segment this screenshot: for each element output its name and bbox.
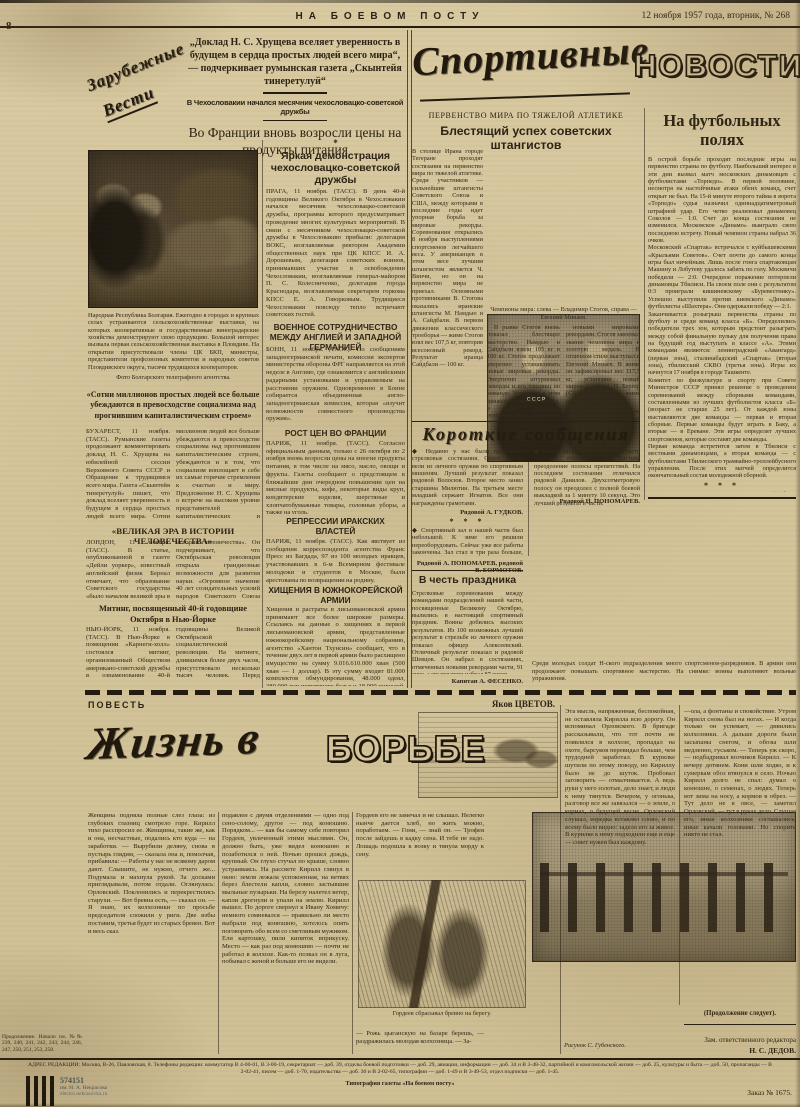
- novel-divider-4: [679, 705, 680, 1005]
- shorts-item-shooting: ◆ Недавно у нас были проведены стрелковы…: [412, 448, 523, 507]
- novel-divider-3: [560, 705, 561, 1054]
- football-p1: В острой борьбе проходят последние игры …: [648, 156, 796, 244]
- footer-address: АДРЕС РЕДАКЦИИ: Москва, В-26, Павловская…: [28, 1062, 772, 1077]
- badge-line-1: Зарубежные: [84, 40, 184, 96]
- football-p5: Первая команда встретится затем в Тбилис…: [648, 443, 796, 480]
- to-be-continued: (Продолжение следует).: [684, 1010, 796, 1017]
- editor-name: Н. С. ДЕДОВ.: [640, 1046, 796, 1055]
- football-p3: Заканчивается розыгрыш первенства страны…: [648, 311, 796, 377]
- photo-bulgaria-caption: Народная Республика Болгария. Ежегодно в…: [88, 312, 259, 372]
- article-socialism-heading: «Сотни миллионов простых людей все больш…: [86, 390, 260, 421]
- newspaper-page: 8 НА БОЕВОМ ПОСТУ 12 ноября 1957 года, в…: [0, 0, 800, 1107]
- shorts-byline-ponomarev: Рядовой Н. ПОНОМАРЕВ.: [534, 498, 640, 505]
- headline-czechoslovakia: В Чехословакии начался месячник чехослов…: [186, 98, 404, 116]
- article-czech-friendship-heading: Яркая демонстрация чехословацко-советско…: [266, 150, 405, 186]
- article-czech-friendship-body: ПРАГА, 11 ноября. (ТАСС). В день 40-й го…: [266, 188, 405, 320]
- star-ornament: *: [266, 138, 405, 148]
- editor-rule: [684, 1024, 796, 1025]
- masthead-date: 12 ноября 1957 года, вторник, № 268: [490, 11, 790, 21]
- foreign-news-badge: Зарубежные Вести: [84, 40, 184, 140]
- stamp-website: electro.nekrasovka.ru: [60, 1091, 180, 1097]
- library-stamp-bars: [26, 1076, 56, 1106]
- novel-col-1: Женщина подняла полные слез глаза: из гл…: [88, 812, 215, 1034]
- article-ny-meeting-body: НЬЮ-ЙОРК, 11 ноября. (ТАСС). В Нью-Йорке…: [86, 626, 260, 686]
- weightlifting-col-3-p1: новыми мировыми рекордами. Стогов завоев…: [566, 324, 640, 405]
- football-column: В острой борьбе проходят последние игры …: [648, 156, 796, 492]
- sports-title-script: Спортивные: [411, 26, 653, 85]
- weightlifting-col-2-p1: В рывке Стогов вновь показал блестящее м…: [487, 324, 560, 420]
- article-france-prices-body: ПАРИЖ, 11 ноября. (ТАСС). Согласно офици…: [266, 440, 405, 514]
- weightlifting-col-3-p2: Третий день соревнований снова принес ус…: [566, 408, 640, 420]
- football-p2: Московский «Спартак» встречался с куйбыш…: [648, 244, 796, 310]
- holiday-byline: Капитан А. ФЕСЕНКО.: [412, 678, 523, 685]
- footer-rule: [0, 1058, 800, 1060]
- headline-khrushchev: „Доклад Н. С. Хрущева вселяет уверенност…: [186, 36, 404, 88]
- column-divider-left: [262, 140, 263, 688]
- novel-divider-1: [218, 812, 219, 1054]
- sports-title-block: НОВОСТИ: [634, 48, 800, 84]
- shorts-stars: * * *: [412, 517, 523, 526]
- football-divider: [644, 108, 645, 500]
- novel-col-3: Гордеев его не замечал и не слышал. Неле…: [356, 812, 484, 876]
- shorts-item-gym: ◆ Спортивный зал в нашей части был небол…: [412, 527, 523, 556]
- masthead-title: НА БОЕВОМ ПОСТУ: [250, 11, 530, 22]
- weightlifting-col-2: В рывке Стогов вновь показал блестящее м…: [487, 324, 560, 420]
- shorts-top-rule: [412, 421, 640, 422]
- shorts-header: Короткие сообщения: [412, 424, 640, 445]
- article-korea-theft-heading: ХИЩЕНИЯ В ЮЖНОКОРЕЙСКОЙ АРМИИ: [266, 586, 405, 606]
- novel-col-4: Эта мысль, напряженная, беспокойная, не …: [565, 708, 675, 1034]
- article-military-cooperation-body: БОНН, 11 ноября. (ТАСС). По сообщениям з…: [266, 346, 405, 424]
- article-korea-theft-body: Хищения и растраты в лисынмановской арми…: [266, 606, 405, 686]
- masthead-rule: [0, 26, 800, 28]
- football-p6: Состоялись также международные встречи п…: [648, 491, 796, 492]
- photo-champions-caption: Чемпионы мира: слева — Владимир Стогов, …: [487, 306, 640, 321]
- weightlifting-col-1: В столице Ирана городе Тегеране проходят…: [412, 148, 483, 420]
- headline-divider-2: [263, 120, 327, 122]
- holiday-body: Стрелковые соревнования между командами …: [412, 590, 523, 674]
- article-ny-meeting-heading: Митинг, посвященный 40-й годовщине Октяб…: [86, 604, 260, 625]
- novel-title-block: БОРЬБЕ: [326, 728, 486, 770]
- article-iraq-repressions-body: ПАРИЖ, 11 ноября. (ТАСС). Как явствует и…: [266, 538, 405, 584]
- football-bottom-rule: [648, 497, 796, 499]
- sports-title-underline: [420, 92, 630, 101]
- editor-label: Зам. ответственного редактора: [640, 1036, 796, 1044]
- novel-continuation-note: Продолжение. Начало см. №№ 239, 240, 241…: [2, 1034, 82, 1053]
- football-p4: Комитет по физкультуре и спорту при Сове…: [648, 377, 796, 443]
- holiday-heading: В честь праздника: [412, 574, 523, 586]
- weightlifting-col-3: новыми мировыми рекордами. Стогов завоев…: [566, 324, 640, 420]
- footer-order-number: Заказ № 1675.: [672, 1088, 792, 1097]
- football-heading: На футбольных полях: [648, 112, 796, 150]
- library-stamp: 574151 им. Н. А. Некрасова electro.nekra…: [60, 1076, 180, 1097]
- article-france-prices-heading: РОСТ ЦЕН ВО ФРАНЦИИ: [266, 428, 405, 438]
- shorts-byline-ponomarev-bormotov: Рядовой А. ПОНОМАРЕВ, рядовой В. БОРМОТО…: [412, 560, 523, 574]
- novel-col-5: —ола, а фонтаны и спокойствие. Утром Кир…: [684, 708, 796, 1006]
- article-socialism-body: БУХАРЕСТ, 11 ноября. (ТАСС). Румынские г…: [86, 428, 260, 522]
- article-great-era-body: ЛОНДОН, 11 ноября. (ТАСС). В статье, опу…: [86, 539, 260, 601]
- novel-ornament-rule: [85, 690, 796, 695]
- photo-bulgaria-exhibition: [88, 150, 258, 308]
- shorts-divider: [528, 448, 529, 556]
- novel-col-3b: — Рожь цыганскую на базаре берешь, — раз…: [356, 1030, 484, 1054]
- scan-edge-bottom: [0, 1103, 800, 1107]
- novel-title-script: Жизнь в: [85, 711, 263, 770]
- sports-kicker: ПЕРВЕНСТВО МИРА ПО ТЯЖЕЛОЙ АТЛЕТИКЕ: [412, 111, 640, 120]
- holiday-top-rule: [412, 570, 523, 571]
- photo-bulgaria-credit: Фото Болгарского телеграфного агентства.: [88, 374, 259, 381]
- scan-edge-top: [0, 0, 800, 3]
- novel-title-art: Жизнь в БОРЬБЕ: [88, 706, 558, 804]
- illustration-log-carriers: [358, 880, 526, 1008]
- football-stars: * * *: [648, 481, 796, 490]
- headline-divider-1: [263, 92, 327, 94]
- shorts-byline-gudkov: Рядовой А. ГУДКОВ.: [412, 509, 523, 516]
- stamp-number: 574151: [60, 1076, 180, 1085]
- illustration-caption: Гордеев сбрасывал бревно на берегу.: [358, 1010, 526, 1018]
- shorts-left-column: ◆ Недавно у нас были проведены стрелковы…: [412, 448, 523, 556]
- photo-soldiers-caption: Среди молодых солдат Н-ского подразделен…: [532, 660, 796, 683]
- article-iraq-repressions-heading: РЕПРЕССИИ ИРАКСКИХ ВЛАСТЕЙ: [266, 517, 405, 537]
- novel-divider-2: [352, 812, 353, 1054]
- novel-col-2: подавлен с двумя отделениями — одно под …: [222, 812, 349, 1054]
